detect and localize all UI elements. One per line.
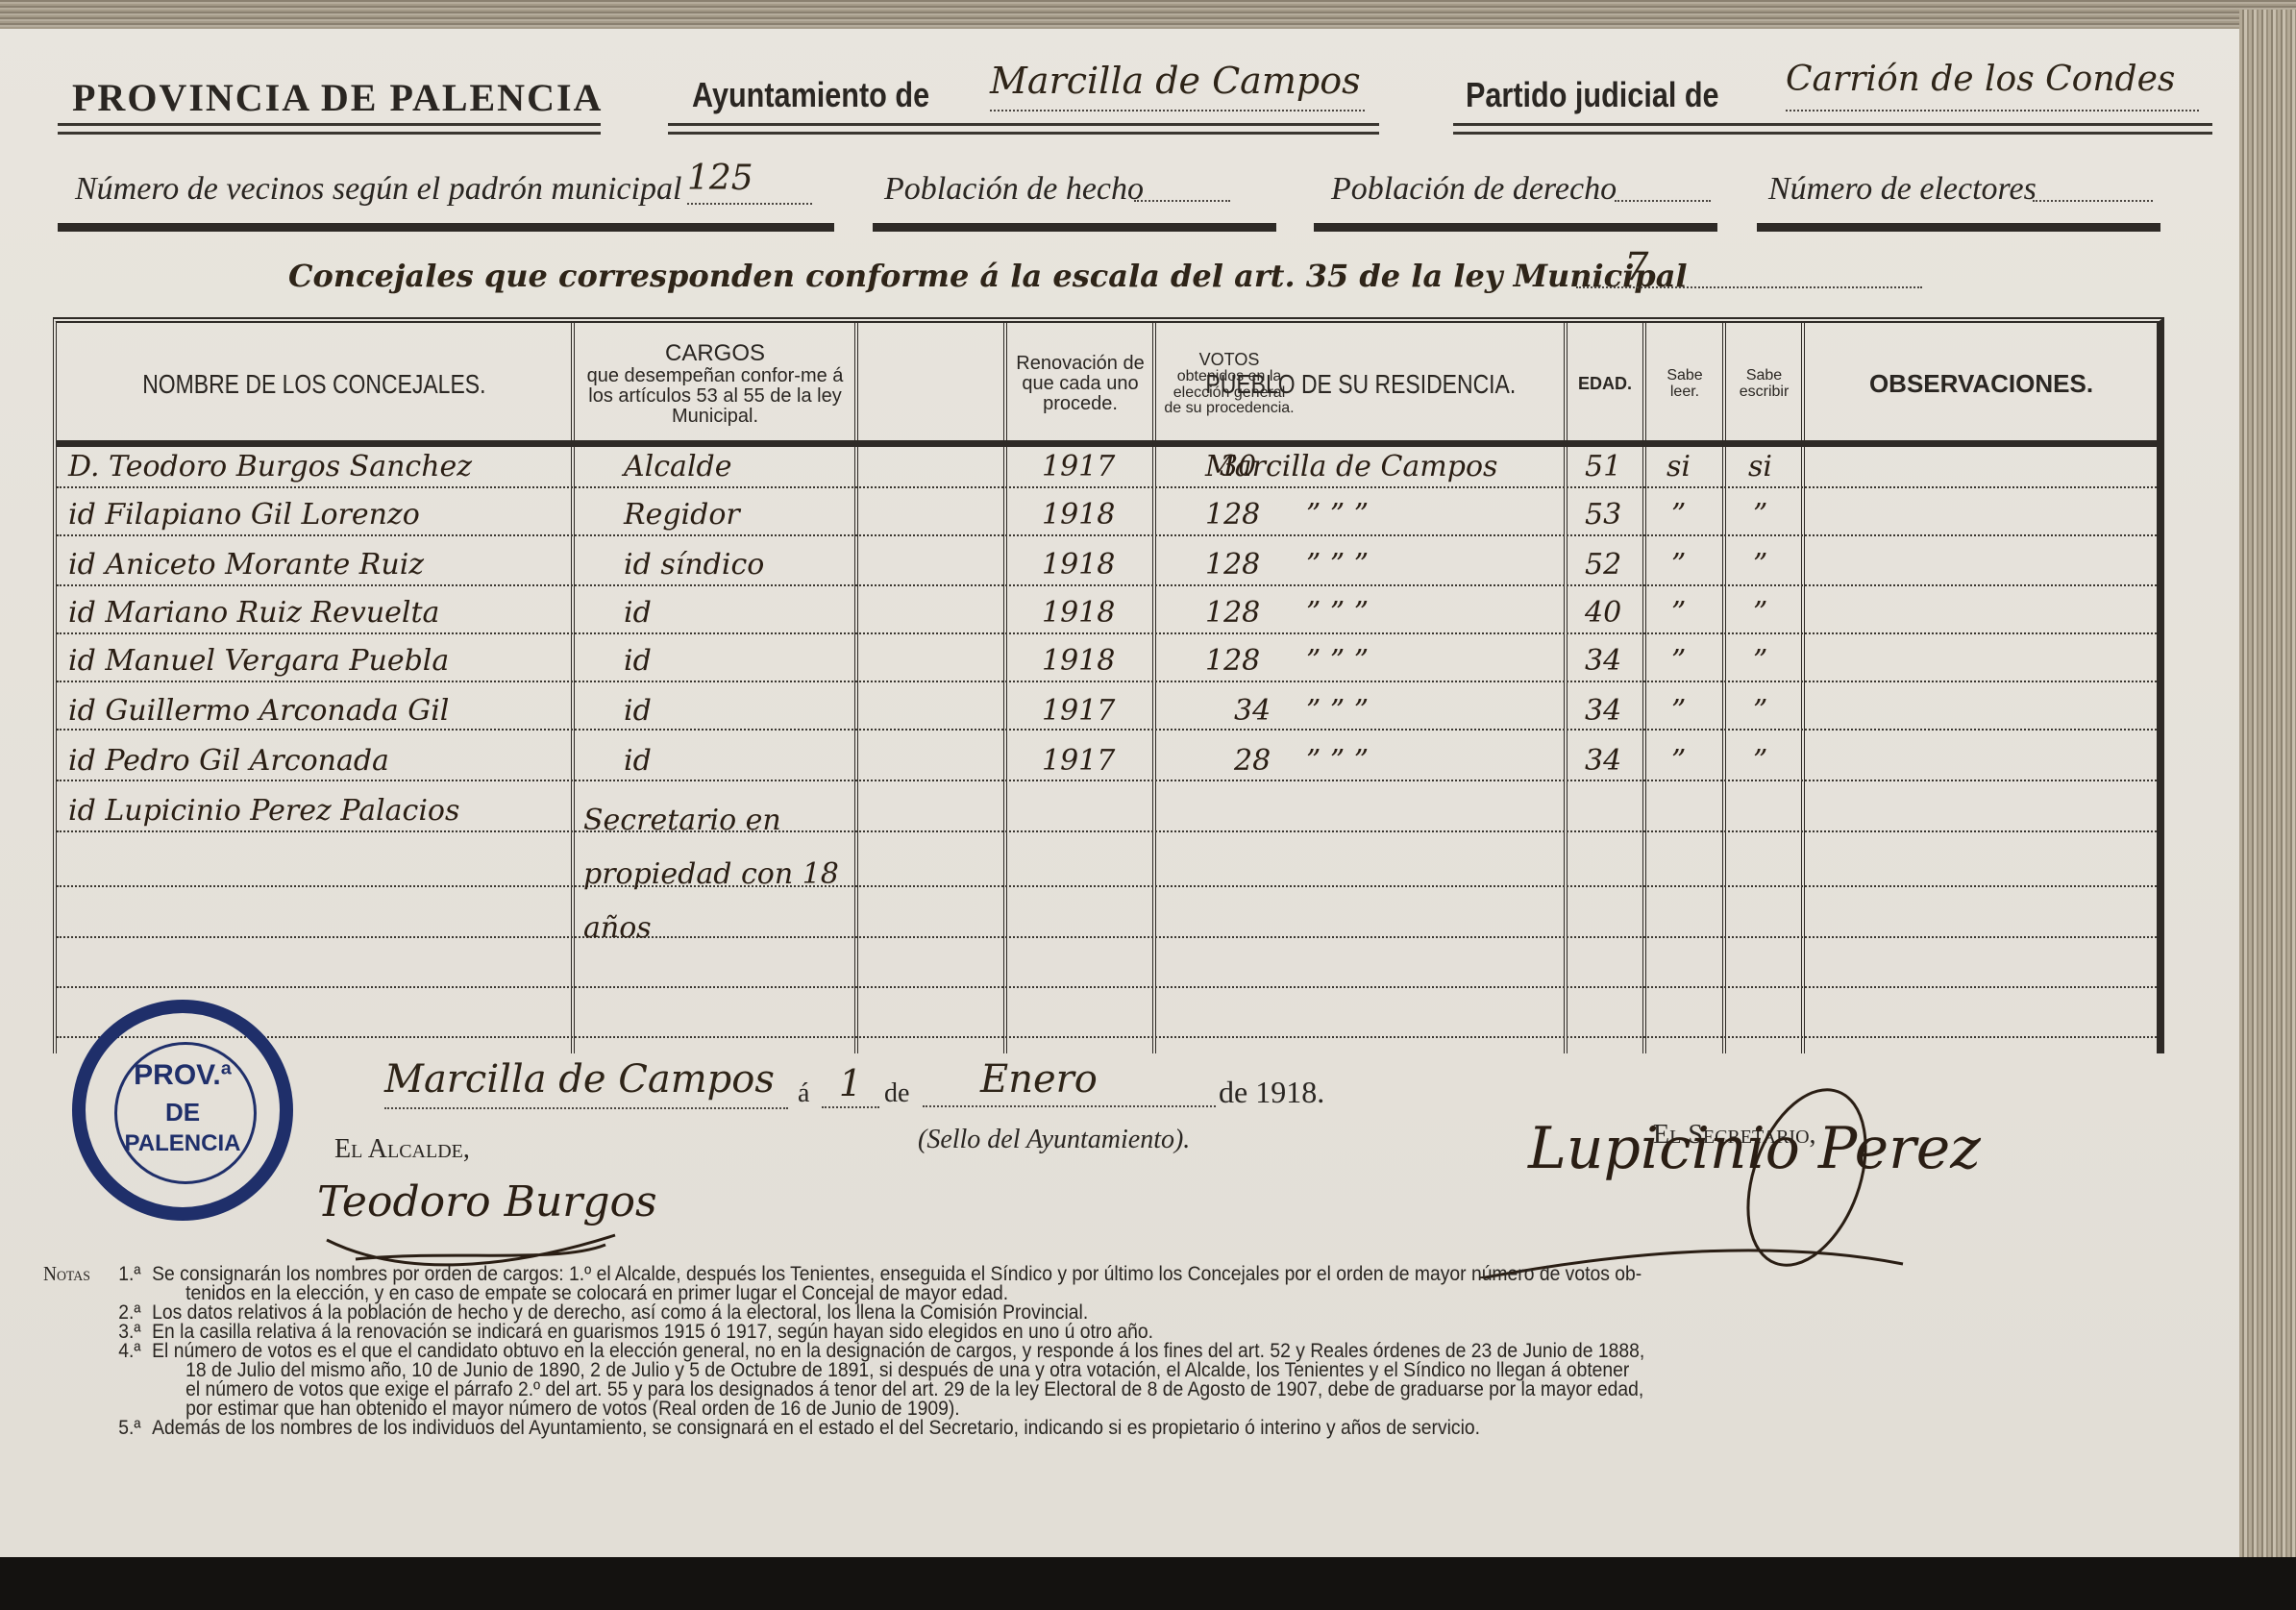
cell-leer: ” xyxy=(1671,744,1686,778)
cell-nombre: id Aniceto Morante Ruiz xyxy=(68,548,424,582)
de-label: de xyxy=(884,1078,909,1109)
header-text: NOMBRE DE LOS CONCEJALES. xyxy=(142,370,485,398)
book-top-edge xyxy=(0,0,2296,29)
cell-escribir: si xyxy=(1748,450,1772,483)
cell-nombre: id Filapiano Gil Lorenzo xyxy=(68,498,420,532)
cell-cargo: id xyxy=(624,596,652,630)
year-label: de 1918. xyxy=(1219,1075,1324,1110)
column-divider xyxy=(1003,323,1007,1053)
note-3: 3.ªEn la casilla relativa á la renovació… xyxy=(43,1323,1988,1342)
cell-edad: 40 xyxy=(1585,596,1621,630)
alcalde-signature: Teodoro Burgos xyxy=(317,1177,657,1226)
cell-edad: 51 xyxy=(1585,450,1621,483)
stamp-text: DE xyxy=(86,1098,280,1127)
divider xyxy=(58,223,834,232)
note-5: 5.ªAdemás de los nombres de los individu… xyxy=(43,1419,1988,1438)
concejales-table: NOMBRE DE LOS CONCEJALES. CARGOS que des… xyxy=(53,317,2164,1053)
note-text: el número de votos que exige el párrafo … xyxy=(43,1380,1988,1399)
row-rule xyxy=(57,681,2157,682)
cell-pueblo: ” ” ” xyxy=(1306,498,1369,532)
cell-nombre: id Manuel Vergara Puebla xyxy=(68,644,449,678)
divider xyxy=(1757,223,2160,232)
background-shadow xyxy=(0,1557,2296,1610)
cell-renovacion: 1917 xyxy=(1042,694,1115,728)
electores-field xyxy=(2033,192,2153,202)
cell-votos: 128 xyxy=(1205,644,1260,678)
month-field: Enero xyxy=(923,1057,1216,1107)
cell-renovacion: 1918 xyxy=(1042,498,1115,532)
divider xyxy=(1314,223,1717,232)
row-rule xyxy=(57,729,2157,731)
ayuntamiento-label: Ayuntamiento de xyxy=(692,75,929,115)
header-observaciones: OBSERVACIONES. xyxy=(1806,329,2157,439)
cell-votos: 128 xyxy=(1205,548,1260,582)
place-field: Marcilla de Campos xyxy=(384,1057,788,1109)
cell-votos: 34 xyxy=(1234,694,1271,728)
header-text: EDAD. xyxy=(1578,375,1632,393)
cell-edad: 52 xyxy=(1585,548,1621,582)
divider xyxy=(873,223,1276,232)
cell-pueblo: ” ” ” xyxy=(1306,744,1369,778)
cell-votos: 128 xyxy=(1205,596,1260,630)
row-rule xyxy=(57,1036,2157,1038)
note-text: Además de los nombres de los individuos … xyxy=(152,1417,1480,1439)
cell-leer: ” xyxy=(1671,548,1686,582)
cell-renovacion: 1917 xyxy=(1042,450,1115,483)
derecho-label: Población de derecho xyxy=(1331,171,1617,208)
cell-nombre: id Guillermo Arconada Gil xyxy=(68,694,449,728)
cell-votos: 128 xyxy=(1205,498,1260,532)
column-divider xyxy=(1722,323,1726,1053)
cell-leer: ” xyxy=(1671,596,1686,630)
cell-cargo: id xyxy=(624,694,652,728)
cell-edad: 34 xyxy=(1585,644,1621,678)
cell-pueblo: ” ” ” xyxy=(1306,694,1369,728)
column-divider xyxy=(854,323,858,1053)
cell-escribir: ” xyxy=(1753,744,1767,778)
cell-nombre: D. Teodoro Burgos Sanchez xyxy=(68,450,472,483)
book-page-edges xyxy=(2239,10,2296,1567)
hecho-label: Población de hecho xyxy=(884,171,1144,208)
note-text: por estimar que han obtenido el mayor nú… xyxy=(43,1399,1988,1419)
header-rule xyxy=(57,440,2157,447)
vecinos-label: Número de vecinos según el padrón munici… xyxy=(75,171,681,208)
note-number: 4.ª xyxy=(118,1342,152,1361)
header-edad: EDAD. xyxy=(1568,329,1642,439)
derecho-field xyxy=(1615,192,1711,202)
cell-edad: 34 xyxy=(1585,744,1621,778)
row-rule xyxy=(57,632,2157,634)
row-rule xyxy=(57,885,2157,887)
row-rule xyxy=(57,486,2157,488)
cell-renovacion: 1918 xyxy=(1042,548,1115,582)
header-escribir: Sabe escribir xyxy=(1727,329,1801,439)
note-1: Notas1.ªSe consignarán los nombres por o… xyxy=(43,1264,1988,1284)
header-text: CARGOS xyxy=(665,341,765,365)
cell-nombre: id Mariano Ruiz Revuelta xyxy=(68,596,439,630)
cell-escribir: ” xyxy=(1753,498,1767,532)
cell-escribir: ” xyxy=(1753,694,1767,728)
sello-label: (Sello del Ayuntamiento). xyxy=(918,1125,1190,1155)
cell-pueblo: ” ” ” xyxy=(1306,548,1369,582)
cell-cargo: Regidor xyxy=(624,498,740,532)
cell-pueblo: Marcilla de Campos xyxy=(1205,450,1497,483)
note-2: 2.ªLos datos relativos á la población de… xyxy=(43,1303,1988,1323)
stamp-text: PALENCIA xyxy=(86,1130,280,1157)
cell-cargo: Alcalde xyxy=(624,450,732,483)
cell-cargo: id xyxy=(624,644,652,678)
day-value: 1 xyxy=(839,1062,862,1104)
header-text: que desempeñan confor-me á los artículos… xyxy=(576,366,854,427)
note-number: 2.ª xyxy=(118,1303,152,1323)
row-rule xyxy=(57,986,2157,988)
note-number: 5.ª xyxy=(118,1419,152,1438)
concejales-label: Concejales que corresponden conforme á l… xyxy=(288,258,1688,294)
partido-label: Partido judicial de xyxy=(1466,75,1719,115)
document-page: PROVINCIA DE PALENCIA Ayuntamiento de Ma… xyxy=(0,0,2239,1557)
row-rule xyxy=(57,780,2157,781)
cell-votos: 28 xyxy=(1234,744,1271,778)
cell-renovacion: 1918 xyxy=(1042,596,1115,630)
province-title: PROVINCIA DE PALENCIA xyxy=(72,75,603,120)
cell-escribir: ” xyxy=(1753,644,1767,678)
note-number: 3.ª xyxy=(118,1323,152,1342)
cell-cargo: Secretario en propiedad con 18 años xyxy=(583,794,843,955)
cell-leer: si xyxy=(1666,450,1691,483)
electores-label: Número de electores xyxy=(1768,171,2037,208)
vecinos-field: 125 xyxy=(687,159,812,205)
cell-leer: ” xyxy=(1671,498,1686,532)
cell-edad: 53 xyxy=(1585,498,1621,532)
row-rule xyxy=(57,830,2157,832)
month-value: Enero xyxy=(980,1057,1098,1102)
partido-field: Carrión de los Condes xyxy=(1786,60,2199,111)
divider xyxy=(1453,123,2212,135)
header-pueblo: PUEBLO DE SU RESIDENCIA. xyxy=(1157,329,1564,439)
concejales-value: 7 xyxy=(1624,245,1648,289)
town-seal-stamp: PROV.ª DE PALENCIA xyxy=(72,1000,293,1221)
header-text: OBSERVACIONES. xyxy=(1869,371,2093,397)
hecho-field xyxy=(1134,192,1230,202)
note-text: tenidos en la elección, y en caso de emp… xyxy=(43,1284,1988,1303)
cell-escribir: ” xyxy=(1753,596,1767,630)
cell-edad: 34 xyxy=(1585,694,1621,728)
header-renovacion: Renovación de que cada uno procede. xyxy=(1008,329,1152,439)
note-number: 1.ª xyxy=(118,1265,152,1284)
header-leer: Sabe leer. xyxy=(1647,329,1722,439)
note-4: 4.ªEl número de votos es el que el candi… xyxy=(43,1342,1988,1361)
stamp-text: PROV.ª xyxy=(86,1059,280,1092)
notes-section: Notas1.ªSe consignarán los nombres por o… xyxy=(43,1264,1988,1438)
concejales-field: 7 xyxy=(1576,245,1922,288)
partido-value: Carrión de los Condes xyxy=(1786,60,2175,99)
note-text: 18 de Julio del mismo año, 10 de Junio d… xyxy=(43,1361,1988,1380)
row-rule xyxy=(57,936,2157,938)
divider xyxy=(58,123,601,135)
notes-label: Notas xyxy=(43,1264,118,1283)
column-divider xyxy=(1642,323,1646,1053)
header-text: PUEBLO DE SU RESIDENCIA. xyxy=(1205,370,1516,398)
row-rule xyxy=(57,534,2157,536)
vecinos-value: 125 xyxy=(687,159,753,198)
cell-renovacion: 1917 xyxy=(1042,744,1115,778)
cell-pueblo: ” ” ” xyxy=(1306,596,1369,630)
cell-nombre: id Lupicinio Perez Palacios xyxy=(68,794,459,828)
a-label: á xyxy=(798,1078,809,1109)
header-nombre: NOMBRE DE LOS CONCEJALES. xyxy=(57,329,571,439)
cell-pueblo: ” ” ” xyxy=(1306,644,1369,678)
row-rule xyxy=(57,584,2157,586)
column-divider xyxy=(571,323,575,1053)
header-cargos: CARGOS que desempeñan confor-me á los ar… xyxy=(576,329,854,439)
cell-cargo: id síndico xyxy=(624,548,764,582)
flourish-icon xyxy=(1442,1077,1922,1278)
place-value: Marcilla de Campos xyxy=(384,1057,775,1102)
ayuntamiento-value: Marcilla de Campos xyxy=(990,60,1361,102)
cell-renovacion: 1918 xyxy=(1042,644,1115,678)
column-divider xyxy=(1152,323,1156,1053)
cell-nombre: id Pedro Gil Arconada xyxy=(68,744,389,778)
cell-escribir: ” xyxy=(1753,548,1767,582)
cell-leer: ” xyxy=(1671,644,1686,678)
cell-leer: ” xyxy=(1671,694,1686,728)
ayuntamiento-field: Marcilla de Campos xyxy=(990,60,1365,111)
column-divider xyxy=(1801,323,1805,1053)
divider xyxy=(668,123,1379,135)
day-field: 1 xyxy=(822,1062,879,1108)
alcalde-label: El Alcalde, xyxy=(334,1134,470,1165)
cell-cargo: id xyxy=(624,744,652,778)
